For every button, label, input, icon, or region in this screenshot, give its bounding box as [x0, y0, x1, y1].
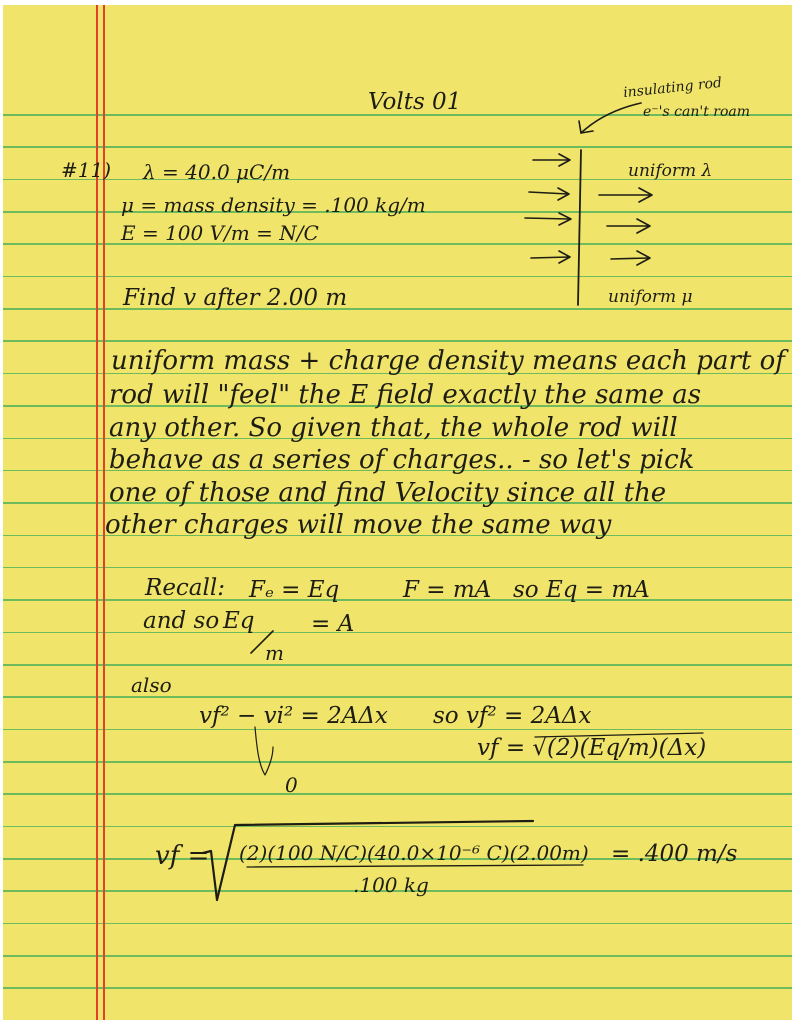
rod-line [578, 150, 581, 305]
ink-strokes [3, 5, 792, 1020]
force-arrows-right-icon [599, 188, 652, 265]
radical-sign-icon [203, 821, 533, 900]
legal-pad-page: Volts 01 insulating rod e⁻'s can't roam … [3, 5, 792, 1020]
field-arrows-left-icon [525, 154, 571, 263]
fraction-bar [247, 865, 583, 867]
pointer-arrow-icon [581, 103, 641, 133]
